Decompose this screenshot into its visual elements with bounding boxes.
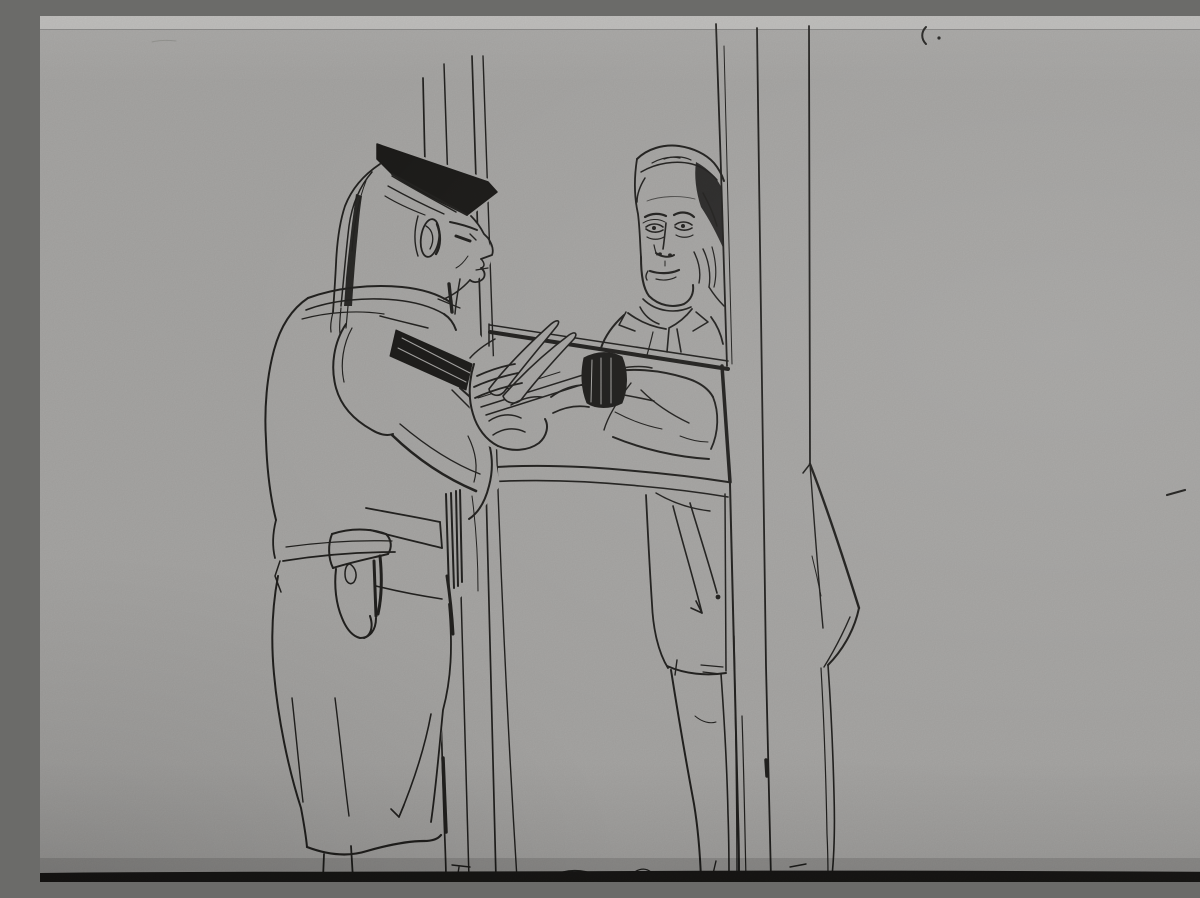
- sketch-canvas: Pen-and-ink sketch: a female border-guar…: [40, 16, 1200, 882]
- ink-sketch-artwork: Pen-and-ink sketch: a female border-guar…: [40, 16, 1200, 882]
- paper-grain: [40, 16, 1200, 882]
